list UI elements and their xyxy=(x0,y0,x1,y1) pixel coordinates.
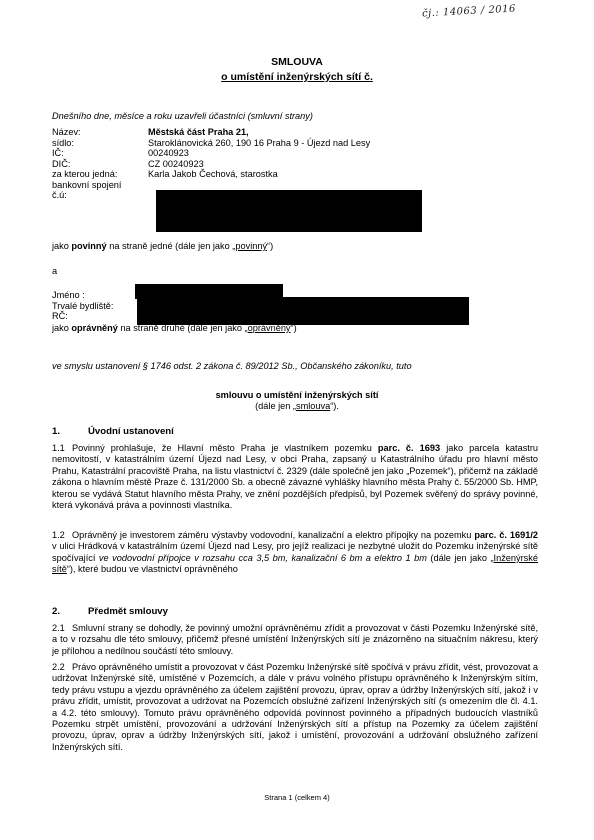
shortname-prefix: (dále jen „ xyxy=(255,401,296,411)
contract-shortname: (dále jen „smlouva“). xyxy=(0,401,594,412)
paragraph-1-2: 1.2Oprávněný je investorem záměru výstav… xyxy=(52,530,538,576)
document-subtitle: o umístění inženýrských sítí č. xyxy=(0,72,594,83)
shortname-ref: smlouva xyxy=(296,401,330,411)
section-number: 1. xyxy=(52,426,88,437)
role-ref: povinný xyxy=(235,241,267,251)
paragraph-number: 2.2 xyxy=(52,662,72,673)
field-label: RČ: xyxy=(52,311,148,322)
field-value: CZ 00240923 xyxy=(148,159,512,170)
contract-name: smlouvu o umístění inženýrských sítí xyxy=(0,390,594,401)
party2-role: jako oprávněný na straně druhé (dále jen… xyxy=(52,323,297,334)
paragraph-text: Právo oprávněného umístit a provozovat v… xyxy=(52,662,538,752)
role-mid: na straně jedné (dále jen jako „ xyxy=(107,241,236,251)
paragraph-text: (dále jen jako „ xyxy=(427,553,494,563)
redaction-box xyxy=(137,297,469,325)
field-label: bankovní spojení xyxy=(52,180,148,191)
paragraph-text: jako parcela katastru nemovitostí, v kat… xyxy=(52,443,538,510)
field-label: IČ: xyxy=(52,148,148,159)
paragraph-2-1: 2.1Smluvní strany se dohodly, že povinný… xyxy=(52,623,538,657)
field-value: Městská část Praha 21, xyxy=(148,127,512,138)
document-title: SMLOUVA xyxy=(0,57,594,68)
paragraph-1-1: 1.1Povinný prohlašuje, že Hlavní město P… xyxy=(52,443,538,511)
shortname-suffix: “). xyxy=(330,401,339,411)
party-field-row: za kterou jedná:Karla Jakob Čechová, sta… xyxy=(52,169,512,180)
paragraph-number: 1.2 xyxy=(52,530,72,541)
paragraph-text: Oprávněný je investorem záměru výstavby … xyxy=(72,530,474,540)
page-footer: Strana 1 (celkem 4) xyxy=(0,792,594,803)
field-label: sídlo: xyxy=(52,138,148,149)
field-label: č.ú: xyxy=(52,190,148,201)
section-heading: 2.Předmět smlouvy xyxy=(52,606,168,617)
section-title: Předmět smlouvy xyxy=(88,606,168,617)
section-number: 2. xyxy=(52,606,88,617)
role-ref: oprávněný xyxy=(248,323,291,333)
party-field-row: bankovní spojení xyxy=(52,180,512,191)
field-value: 00240923 xyxy=(148,148,512,159)
document-subtitle-text: o umístění inženýrských sítí č. xyxy=(221,71,373,83)
role-prefix: jako xyxy=(52,323,71,333)
legal-basis: ve smyslu ustanovení § 1746 odst. 2 záko… xyxy=(52,361,412,372)
redaction-box xyxy=(156,190,422,232)
field-label: Název: xyxy=(52,127,148,138)
paragraph-text: Smluvní strany se dohodly, že povinný um… xyxy=(52,623,538,656)
role-suffix: “) xyxy=(267,241,273,251)
party-field-row: IČ:00240923 xyxy=(52,148,512,159)
paragraph-text: ve vodovodní přípojce v rozsahu cca 3,5 … xyxy=(99,553,427,563)
paragraph-text: Povinný prohlašuje, že Hlavní město Prah… xyxy=(72,443,378,453)
section-heading: 1.Úvodní ustanovení xyxy=(52,426,174,437)
role-bold: oprávněný xyxy=(71,323,117,333)
field-label: Trvalé bydliště: xyxy=(52,301,148,312)
handwritten-reference-number: čj.: 14063 / 2016 xyxy=(422,4,516,20)
field-value xyxy=(148,180,512,191)
party-field-row: Název:Městská část Praha 21, xyxy=(52,127,512,138)
paragraph-2-2: 2.2Právo oprávněného umístit a provozova… xyxy=(52,662,538,753)
party-field-row: sídlo:Staroklánovická 260, 190 16 Praha … xyxy=(52,138,512,149)
role-mid: na straně druhé (dále jen jako „ xyxy=(118,323,248,333)
party1-role: jako povinný na straně jedné (dále jen j… xyxy=(52,241,273,252)
paragraph-text: parc. č. 1693 xyxy=(378,443,440,453)
role-bold: povinný xyxy=(71,241,106,251)
paragraph-number: 2.1 xyxy=(52,623,72,634)
conjunction: a xyxy=(52,266,57,277)
role-prefix: jako xyxy=(52,241,71,251)
intro-sentence: Dnešního dne, měsíce a roku uzavřeli úča… xyxy=(52,111,313,122)
paragraph-text: parc. č. 1691/2 xyxy=(474,530,538,540)
field-value: Karla Jakob Čechová, starostka xyxy=(148,169,512,180)
field-value: Staroklánovická 260, 190 16 Praha 9 - Új… xyxy=(148,138,512,149)
paragraph-number: 1.1 xyxy=(52,443,72,454)
section-title: Úvodní ustanovení xyxy=(88,426,174,437)
field-label: Jméno : xyxy=(52,290,148,301)
field-label: za kterou jedná: xyxy=(52,169,148,180)
paragraph-text: “), které budou ve vlastnictví oprávněné… xyxy=(67,564,238,574)
role-suffix: “) xyxy=(291,323,297,333)
party-field-row: DIČ:CZ 00240923 xyxy=(52,159,512,170)
field-label: DIČ: xyxy=(52,159,148,170)
